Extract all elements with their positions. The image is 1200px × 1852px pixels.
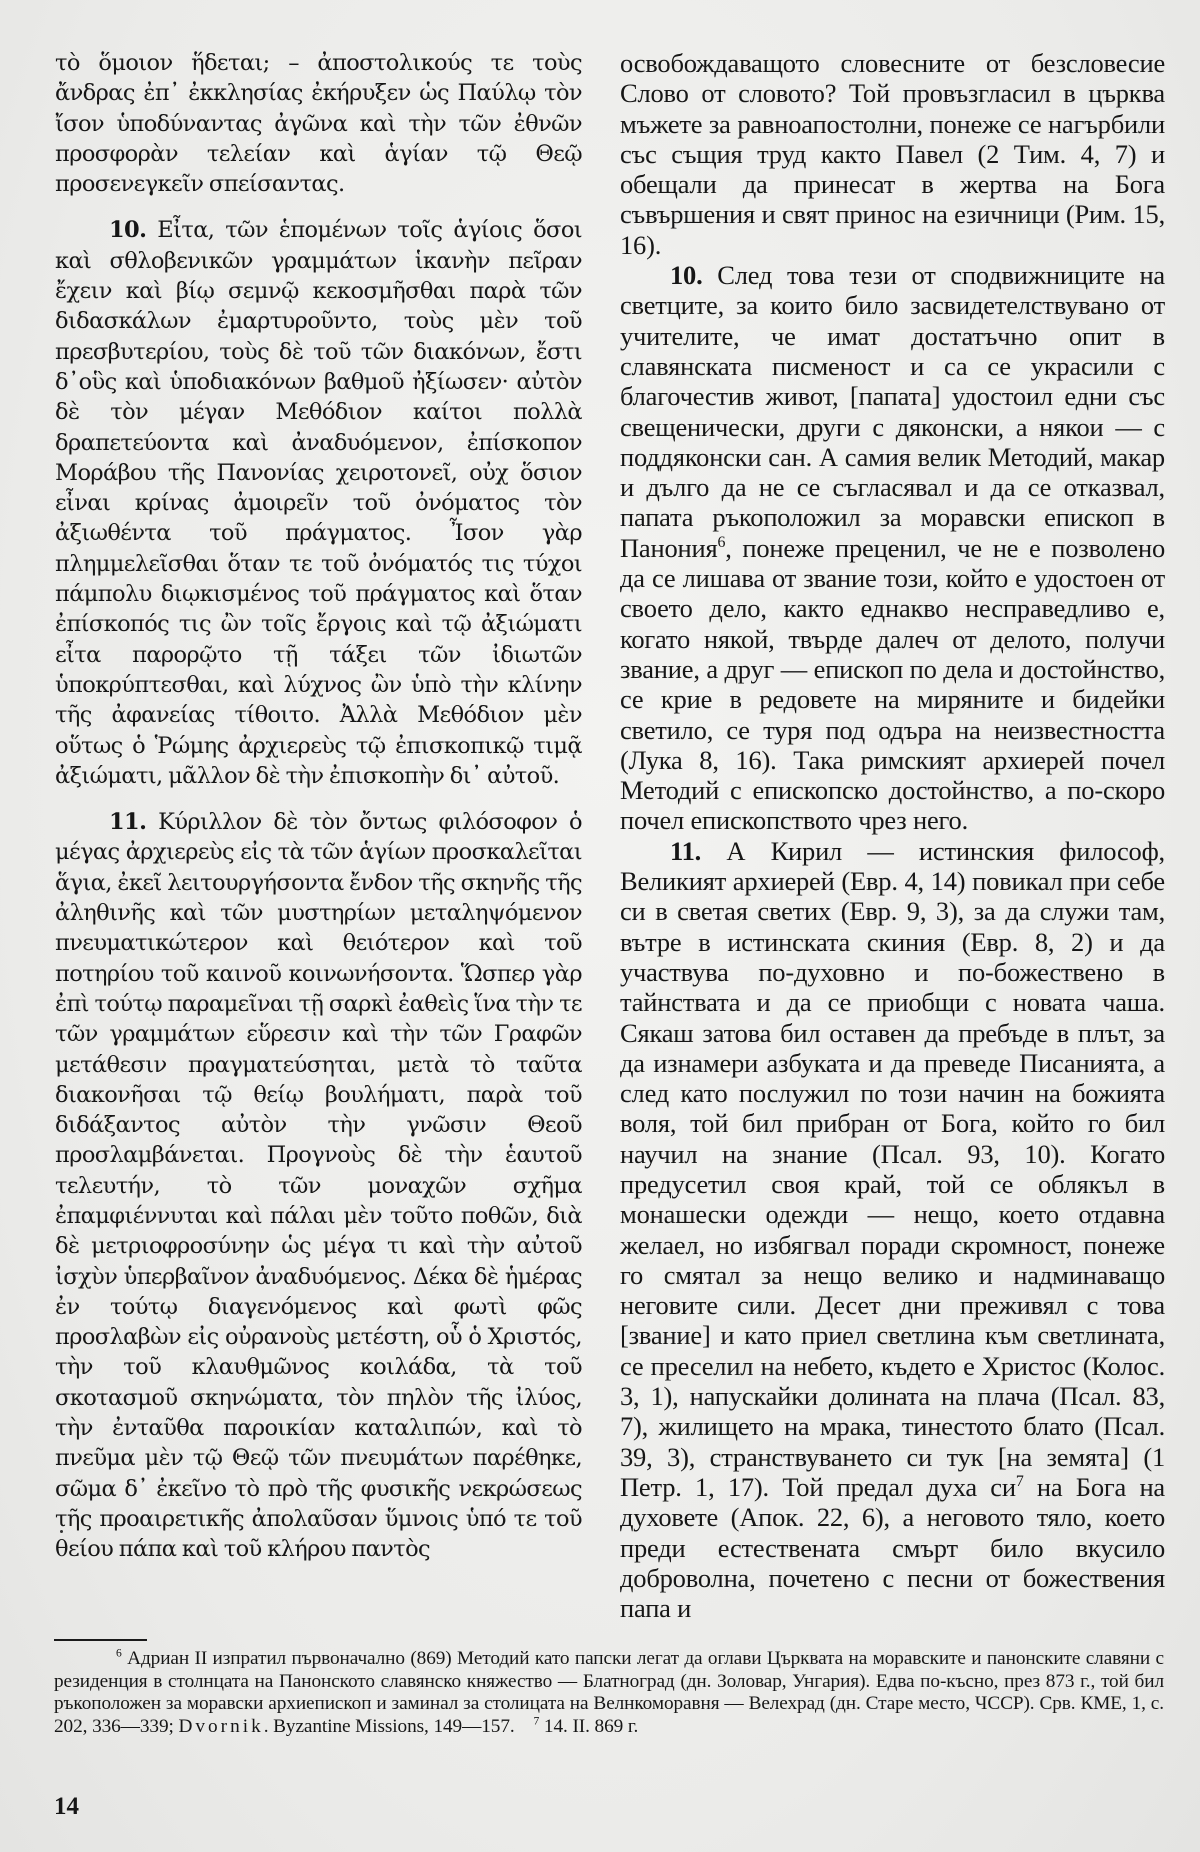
paragraph-text: Κύριλλον δὲ τὸν ὄντως φιλόσοφον ὁ μέγας … bbox=[55, 809, 582, 1562]
greek-paragraph-10: 10. Εἶτα, τῶν ἑπομένων τοῖς ἁγίοις ὅσοι … bbox=[55, 215, 582, 791]
footnote-text: . Byzantine Missions, 149—157. bbox=[264, 1716, 515, 1737]
book-page: τὸ ὅμοιον ἥδεται; – ἀποστολικούς τε τοὺς… bbox=[0, 0, 1200, 1852]
bulgarian-paragraph-10: 10. След това тези от сподвижниците на с… bbox=[620, 260, 1165, 836]
paragraph-text: освобождаващото словесните от безсловеси… bbox=[620, 48, 1165, 260]
footnote-marker: 6 bbox=[116, 1647, 122, 1660]
greek-paragraph-11: 11. Κύριλλον δὲ τὸν ὄντως φιλόσοφον ὁ μέ… bbox=[55, 807, 582, 1564]
paragraph-text: А Кирил — истинския философ, Великият ар… bbox=[620, 836, 1165, 1502]
greek-text-column: τὸ ὅμοιον ἥδεται; – ἀποστολικούς τε τοὺς… bbox=[55, 48, 582, 1565]
paragraph-number: 11. bbox=[109, 809, 146, 835]
bulgarian-paragraph-11: 11. А Кирил — истинския философ, Великия… bbox=[620, 836, 1165, 1624]
footnote-separator bbox=[54, 1639, 147, 1641]
paragraph-text: , понеже преценил, че не е позволено да … bbox=[620, 533, 1165, 836]
paragraph-text: Εἶτα, τῶν ἑπομένων τοῖς ἁγίοις ὅσοι καὶ … bbox=[55, 217, 582, 788]
paragraph-number: 10. bbox=[670, 260, 703, 290]
bulgarian-paragraph-continuation: освобождаващото словесните от безсловеси… bbox=[620, 48, 1165, 260]
page-number: 14 bbox=[54, 1793, 79, 1821]
paragraph-number: 11. bbox=[670, 836, 701, 866]
paragraph-text: След това тези от сподвижниците на светц… bbox=[620, 260, 1165, 563]
stray-mark bbox=[60, 1530, 63, 1533]
bulgarian-text-column: освобождаващото словесните от безсловеси… bbox=[620, 48, 1165, 1623]
footnote-author: Dvornik bbox=[178, 1716, 263, 1737]
greek-paragraph-continuation: τὸ ὅμοιον ἥδεται; – ἀποστολικούς τε τοὺς… bbox=[55, 48, 582, 199]
footnote-ref-7[interactable]: 7 bbox=[1016, 1473, 1024, 1490]
paragraph-text: τὸ ὅμοιον ἥδεται; – ἀποστολικούς τε τοὺς… bbox=[55, 50, 582, 197]
footnotes: 6 Адриан II изпратил първоначално (869) … bbox=[54, 1648, 1164, 1738]
footnote-6: 6 Адриан II изпратил първоначално (869) … bbox=[54, 1648, 1164, 1738]
paragraph-number: 10. bbox=[109, 217, 146, 243]
footnote-7-text: 14. II. 869 г. bbox=[539, 1716, 638, 1737]
